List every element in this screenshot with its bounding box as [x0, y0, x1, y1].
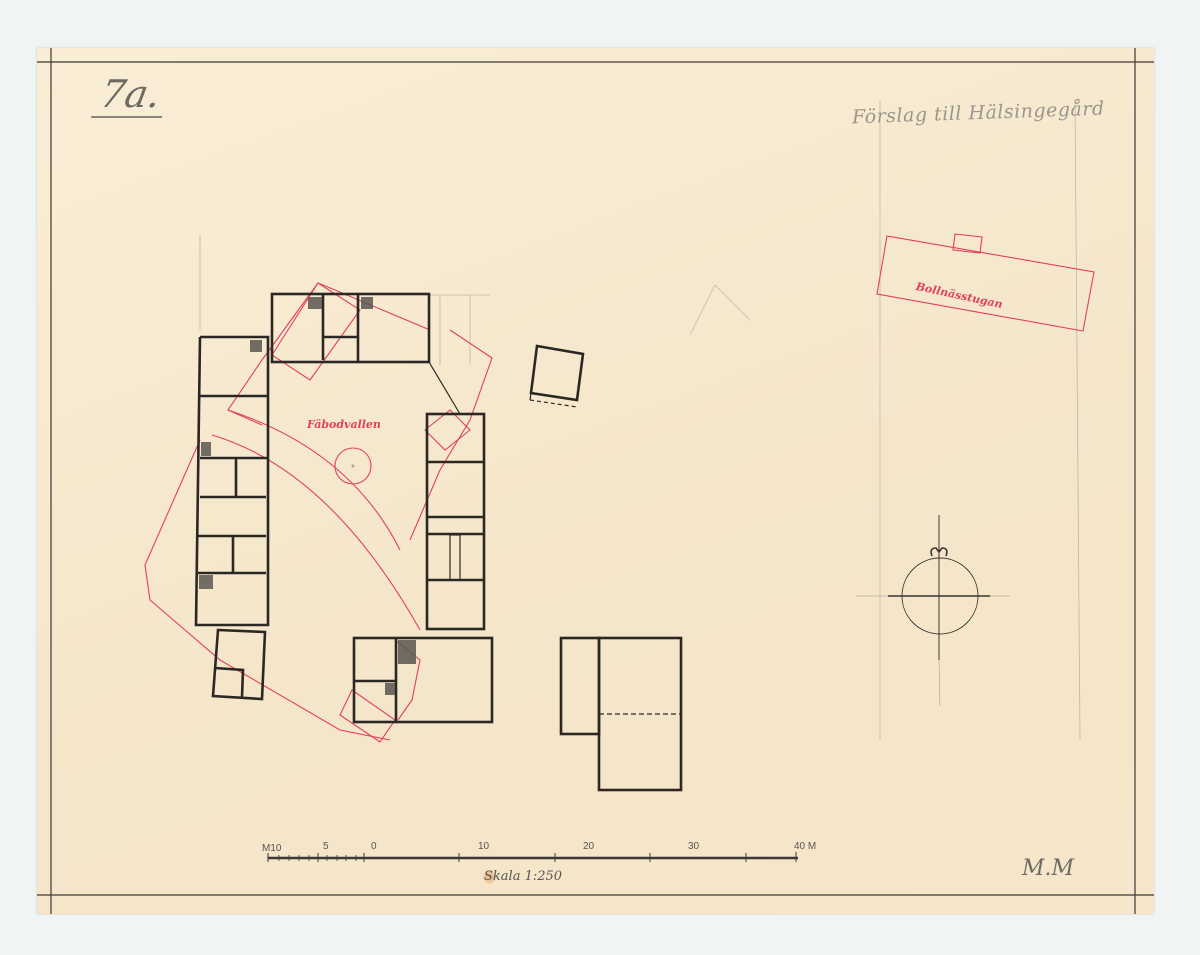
scale-tick: 10: [478, 841, 489, 852]
scale-tick: 40 M: [794, 841, 816, 852]
scale-tick: 0: [371, 841, 377, 852]
scale-tick: 5: [323, 841, 329, 852]
scale-tick: 30: [688, 841, 699, 852]
sheet-number: 7a.: [91, 72, 170, 118]
north-arrow-icon: [856, 515, 1010, 706]
scale-tick: M10: [262, 843, 281, 854]
author-initials: M.M: [1022, 856, 1074, 881]
red-overlay: [145, 234, 1094, 742]
scale-bar: [268, 852, 798, 862]
scale-tick: 20: [583, 841, 594, 852]
site-plan-drawing: [0, 0, 1200, 955]
label-fabodvallen: Fäbodvallen: [307, 418, 381, 431]
scale-label: Skala 1:250: [484, 869, 562, 884]
buildings: [196, 294, 681, 790]
frame-lines: [37, 48, 1154, 914]
